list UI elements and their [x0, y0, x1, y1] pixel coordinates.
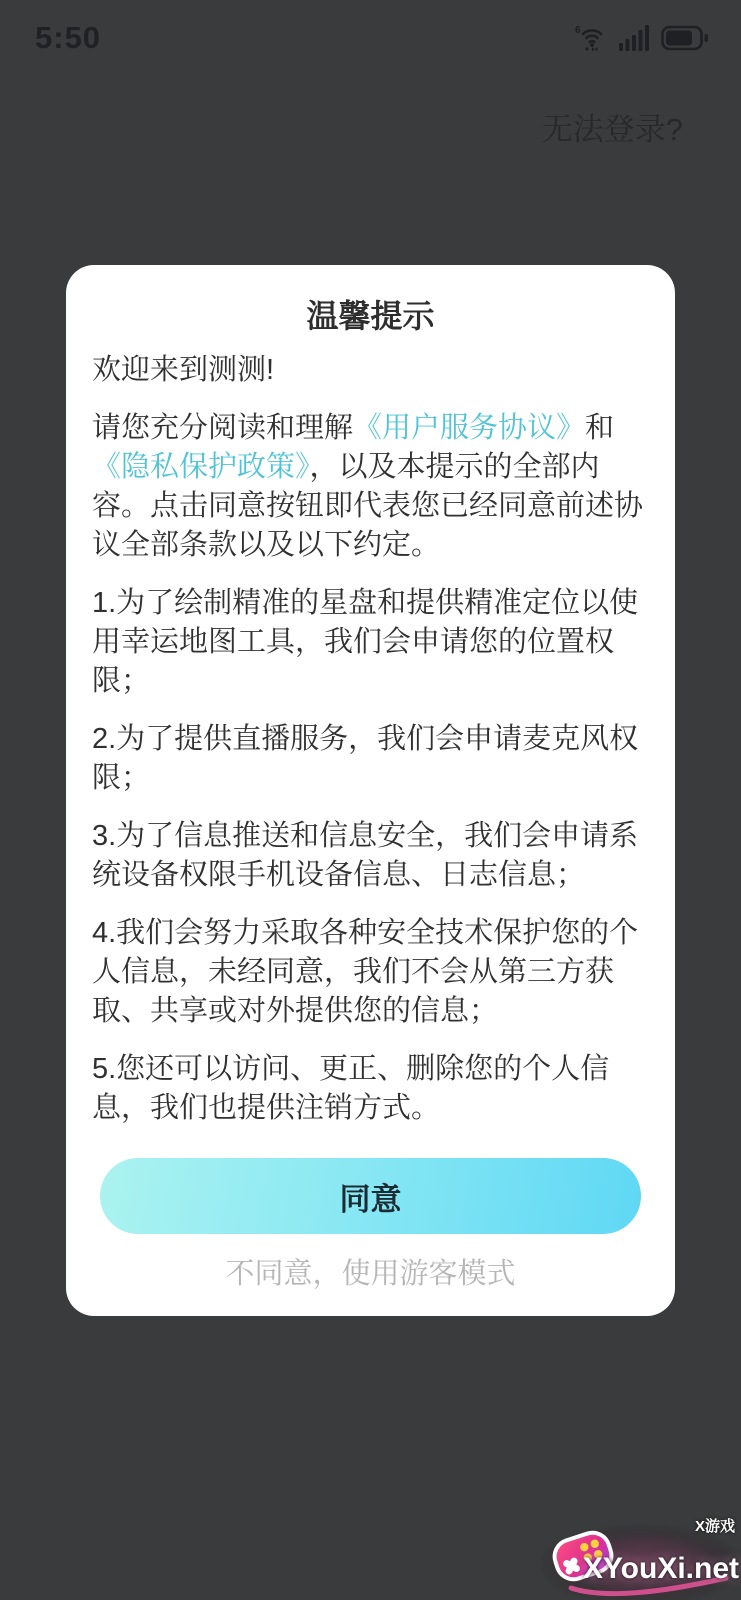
agree-button[interactable]: 同意	[100, 1158, 641, 1234]
intro-paragraph: 请您充分阅读和理解《用户服务协议》和《隐私保护政策》，以及本提示的全部内容。点击…	[92, 409, 649, 565]
disagree-guest-mode-button[interactable]: 不同意，使用游客模式	[92, 1254, 649, 1294]
signal-strength-icon	[619, 25, 651, 51]
term-item-3: 3.为了信息推送和信息安全，我们会申请系统设备权限手机设备信息、日志信息；	[92, 817, 649, 895]
battery-icon	[661, 25, 709, 51]
consent-dialog: 温馨提示 欢迎来到测测! 请您充分阅读和理解《用户服务协议》和《隐私保护政策》，…	[66, 265, 675, 1316]
welcome-text: 欢迎来到测测!	[92, 351, 649, 390]
privacy-policy-link[interactable]: 《隐私保护政策》	[92, 451, 310, 483]
wifi6-icon: 6	[575, 24, 609, 52]
intro-mid: 和	[585, 412, 614, 444]
term-item-4: 4.我们会努力采取各种安全技术保护您的个人信息，未经同意，我们不会从第三方获取、…	[92, 914, 649, 1031]
status-icons: 6	[575, 24, 709, 52]
status-time: 5:50	[35, 20, 101, 56]
term-item-1: 1.为了绘制精准的星盘和提供精准定位以使用幸运地图工具，我们会申请您的位置权限；	[92, 584, 649, 701]
status-bar: 5:50 6	[35, 20, 709, 56]
svg-text:6: 6	[575, 25, 581, 36]
screen: 5:50 6	[0, 0, 741, 1600]
user-agreement-link[interactable]: 《用户服务协议》	[353, 412, 585, 444]
watermark-site: XYouXi.net	[583, 1552, 739, 1586]
watermark: X游戏 XYouXi.net	[541, 1510, 741, 1600]
cant-login-link: 无法登录?	[542, 104, 683, 149]
intro-pre: 请您充分阅读和理解	[92, 412, 353, 444]
dialog-title: 温馨提示	[92, 295, 649, 337]
term-item-2: 2.为了提供直播服务，我们会申请麦克风权限；	[92, 720, 649, 798]
term-item-5: 5.您还可以访问、更正、删除您的个人信息，我们也提供注销方式。	[92, 1050, 649, 1128]
watermark-cn-label: X游戏	[695, 1515, 735, 1536]
